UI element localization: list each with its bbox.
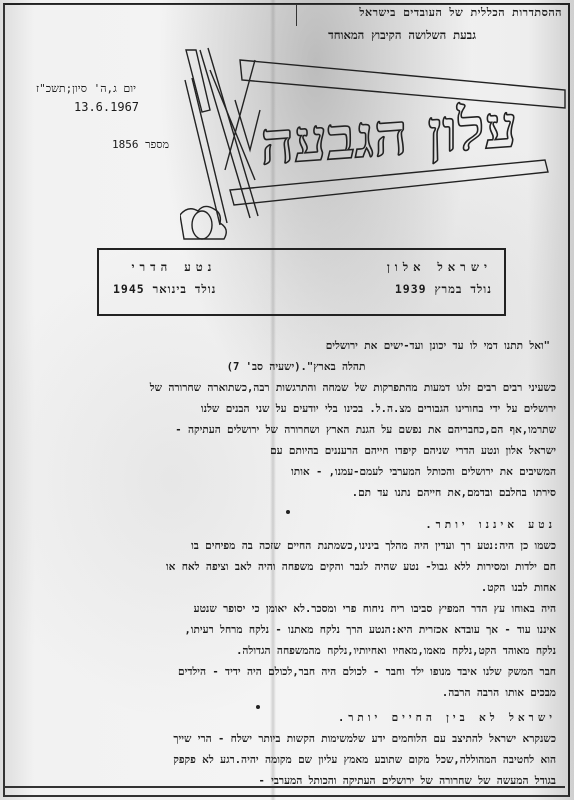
text-line: איננו עוד - אך עובדא אכזרית היא:הנטע הרך… xyxy=(36,620,556,641)
article-quote: "ואל תתנו דמי לו עד יכונן ועד-ישים את יר… xyxy=(36,336,556,378)
text-line: חם ילדות ומסירות ללא גבול- נטע שהיה לגבר… xyxy=(36,557,556,578)
text-line: מבכים אותו הרבה הרבה. xyxy=(36,683,556,704)
text-line: הוא לחטיבה המהוללה,שכל מקום שתובע מאמץ ע… xyxy=(36,750,556,771)
section-heading: נטע איננו יותר. xyxy=(36,515,556,536)
text-line: חבר המשק שלנו איבד מנופו ילד וחבר - לכול… xyxy=(36,662,556,683)
bottom-rule xyxy=(5,786,565,788)
text-line: בגודל המעשה של שחרורה של ירושלים העתיקה … xyxy=(36,771,556,792)
text-line: אחות לבנו הקט. xyxy=(36,578,556,599)
memorial-name: נטע הדרי xyxy=(113,260,216,274)
quote-line: תהלה בארץ".(ישעיה סב' 7) xyxy=(36,357,556,378)
article-section-neta: נטע איננו יותר. כשמו כן היה:נטע רך ועדין… xyxy=(36,515,556,704)
section-heading: ישראל לא בין החיים יותר. xyxy=(36,708,556,729)
section-bullet xyxy=(286,510,290,514)
top-rule xyxy=(20,4,560,5)
hebrew-date: יום ג,ה' סיון;תשכ"ז xyxy=(36,82,136,95)
text-line: היה באוחו עץ הדר המפיץ סביבו ריח ניחוח פ… xyxy=(36,599,556,620)
article-paragraph: כשעיני רבים רבים זלגו דמעות מהתפרקות של … xyxy=(36,378,556,504)
gregorian-date: 13.6.1967 xyxy=(74,100,139,114)
memorial-entry: ישראל אלון נולד במרץ 1939 xyxy=(387,260,492,296)
memorial-birth: נולד במרץ 1939 xyxy=(387,282,492,296)
issue-value: 1856 xyxy=(112,138,139,151)
text-line: נלקח מאוהד הקט,נלקח מאמו,מאחיו ואחיותיו,… xyxy=(36,641,556,662)
article-section-israel: ישראל לא בין החיים יותר. כשנקרא ישראל לה… xyxy=(36,708,556,792)
masthead-logo: עלון הגבעה xyxy=(180,40,574,240)
organization-name: ההסתדרות הכללית של העובדים בישראל xyxy=(359,6,562,19)
header-divider xyxy=(296,4,297,26)
issue-number: מספר 1856 xyxy=(112,138,169,151)
memorial-name: ישראל אלון xyxy=(387,260,492,274)
memorial-entry: נטע הדרי נולד בינואר 1945 xyxy=(113,260,216,296)
text-line: כשמו כן היה:נטע רך ועדין היה מהלך בינינו… xyxy=(36,536,556,557)
text-line: המשיבים את ירושלים והכותל המערבי לעמם-עמ… xyxy=(36,462,556,483)
memorial-birth: נולד בינואר 1945 xyxy=(113,282,216,296)
quote-line: "ואל תתנו דמי לו עד יכונן ועד-ישים את יר… xyxy=(36,336,556,357)
text-line: סירתו בחלבם ובדמם,את חייהם נתנו עד תם. xyxy=(36,483,556,504)
memorial-box: ישראל אלון נולד במרץ 1939 נטע הדרי נולד … xyxy=(97,248,506,316)
text-line: ירושלים על ידי בחורינו הגבורים מצ.ה.ל. ב… xyxy=(36,399,556,420)
text-line: כשעיני רבים רבים זלגו דמעות מהתפרקות של … xyxy=(36,378,556,399)
text-line: כשנקרא ישראל להתיצב עם הלוחמים ידע שלמשי… xyxy=(36,729,556,750)
text-line: שתרמו,אף הם,כחבריהם את נפשם על הגנת הארץ… xyxy=(36,420,556,441)
text-line: ישראל אלון ונטע הדרי שניהם קיפדו חייהם ה… xyxy=(36,441,556,462)
issue-label: מספר xyxy=(145,138,169,151)
